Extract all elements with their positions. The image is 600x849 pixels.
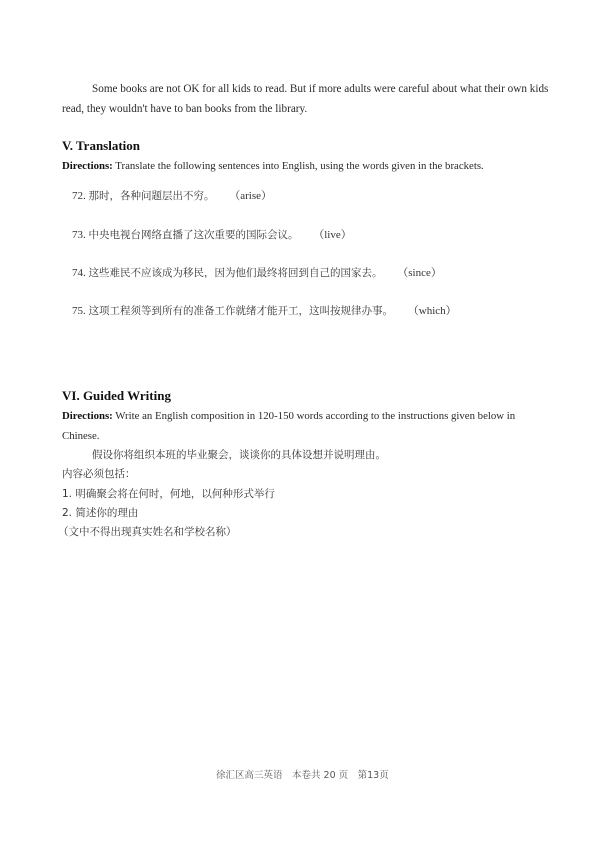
document-page: Some books are not OK for all kids to re…: [0, 0, 600, 849]
item-hint: （since）: [397, 267, 442, 279]
page-footer: 徐汇区高三英语 本卷共 20 页 第13页: [216, 767, 389, 781]
must-include-label: 内容必须包括：: [62, 466, 136, 481]
section-vi-directions-line-2: Chinese.: [62, 429, 99, 443]
translation-item-72: 72. 那时，各种问题层出不穷。 （arise）: [72, 187, 272, 203]
section-v-directions: Directions: Translate the following sent…: [62, 159, 484, 173]
item-number: 72.: [72, 190, 86, 202]
item-sentence: 中央电视台网络直播了这次重要的国际会议。: [89, 229, 299, 241]
directions-text: Translate the following sentences into E…: [113, 160, 484, 172]
directions-text: Write an English composition in 120-150 …: [113, 410, 515, 422]
item-sentence: 这项工程须等到所有的准备工作就绪才能开工，这叫按规律办事。: [89, 305, 394, 317]
section-vi-directions-line-1: Directions: Write an English composition…: [62, 409, 515, 423]
writing-prompt: 假设你将组织本班的毕业聚会，谈谈你的具体设想并说明理由。: [92, 447, 386, 462]
item-sentence: 这些难民不应该成为移民，因为他们最终将回到自己的国家去。: [89, 267, 383, 279]
writing-note: （文中不得出现真实姓名和学校名称）: [58, 524, 237, 539]
directions-label: Directions:: [62, 160, 113, 172]
item-sentence: 那时，各种问题层出不穷。: [89, 190, 215, 202]
directions-label: Directions:: [62, 410, 113, 422]
section-vi-title: VI. Guided Writing: [62, 388, 171, 404]
translation-item-74: 74. 这些难民不应该成为移民，因为他们最终将回到自己的国家去。 （since）: [72, 264, 442, 280]
passage-line-2: read, they wouldn't have to ban books fr…: [62, 102, 307, 116]
translation-item-75: 75. 这项工程须等到所有的准备工作就绪才能开工，这叫按规律办事。 （which…: [72, 302, 457, 318]
section-v-title: V. Translation: [62, 138, 140, 154]
requirement-point-2: 2. 简述你的理由: [62, 505, 138, 520]
item-number: 73.: [72, 229, 86, 241]
requirement-point-1: 1. 明确聚会将在何时，何地，以何种形式举行: [62, 486, 275, 501]
item-hint: （live）: [313, 229, 352, 241]
translation-item-73: 73. 中央电视台网络直播了这次重要的国际会议。 （live）: [72, 226, 352, 242]
item-number: 74.: [72, 267, 86, 279]
item-hint: （which）: [408, 305, 457, 317]
item-hint: （arise）: [229, 190, 272, 202]
passage-line-1: Some books are not OK for all kids to re…: [92, 82, 548, 96]
item-number: 75.: [72, 305, 86, 317]
